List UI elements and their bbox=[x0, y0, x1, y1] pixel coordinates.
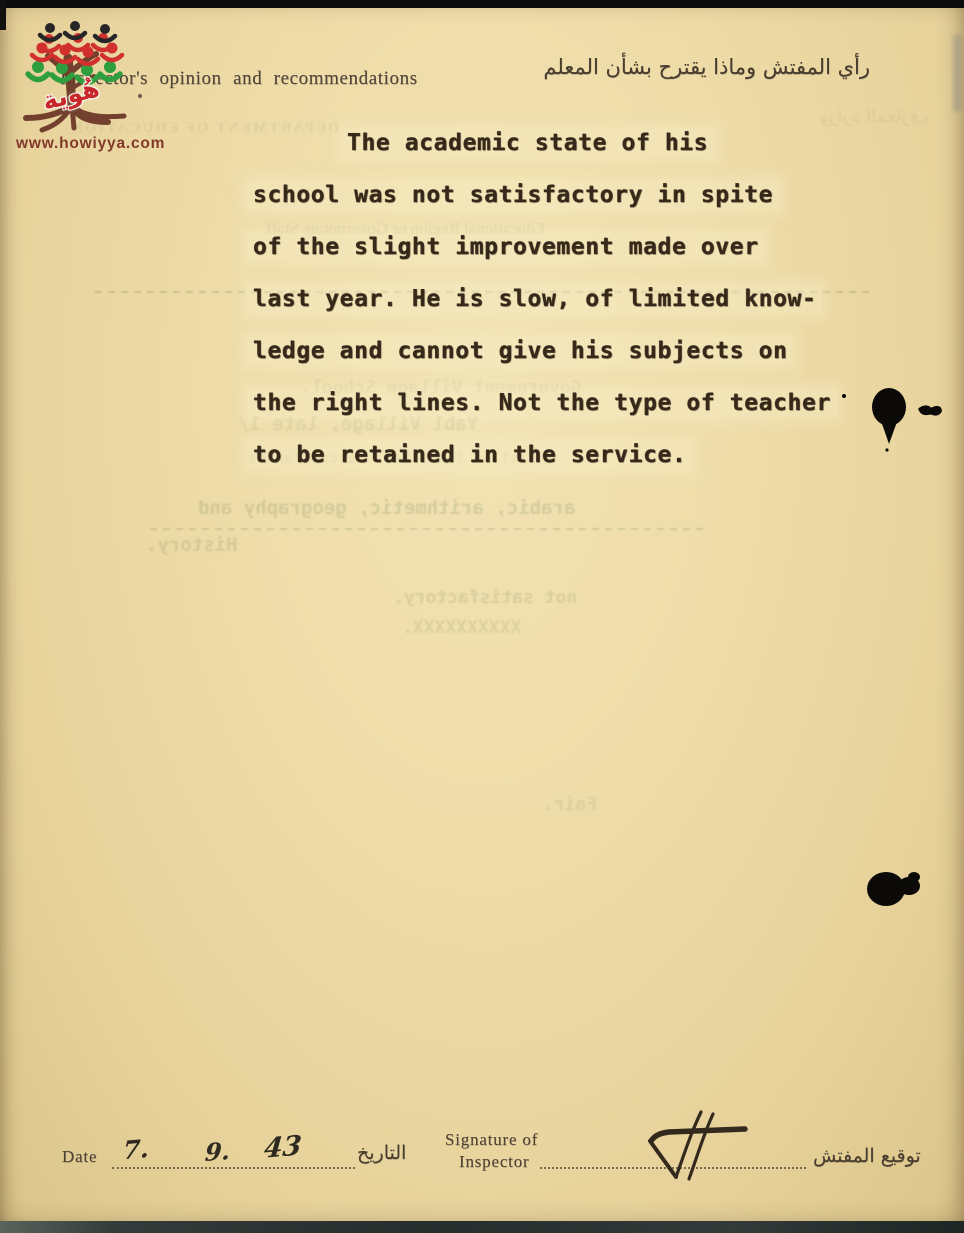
handwritten-date-year: 43 bbox=[263, 1132, 303, 1163]
body-text-line: school was not satisfactory in spite bbox=[247, 181, 779, 210]
bleed-through-line: not satisfactory. bbox=[393, 587, 577, 608]
bleed-through-line: History. bbox=[146, 534, 238, 556]
bleed-through-line: وزارة المعارف bbox=[820, 106, 929, 127]
signature-label-arabic: توقيع المفتش bbox=[813, 1145, 921, 1167]
date-dotted-line bbox=[112, 1164, 355, 1169]
date-label-arabic: التاريخ bbox=[357, 1142, 406, 1164]
ink-blot-round bbox=[867, 872, 920, 906]
watermark-site-text: www.howiyya.com bbox=[16, 135, 165, 153]
signature-label-line2: Inspector bbox=[459, 1152, 529, 1172]
signature-label-line1: Signature of bbox=[445, 1130, 538, 1150]
body-text-line: last year. He is slow, of limited know- bbox=[247, 285, 822, 314]
body-text-line: the right lines. Not the type of teacher bbox=[247, 389, 837, 418]
date-label: Date bbox=[62, 1147, 97, 1167]
signature-dotted-line bbox=[540, 1164, 806, 1169]
bleed-through-line: Fair. bbox=[543, 794, 597, 815]
bleed-through-line: arabic, arithmetic, geography and bbox=[198, 497, 576, 519]
scan-smudge-right bbox=[953, 34, 962, 112]
body-text-line: The academic state of his bbox=[341, 129, 714, 158]
body-text-line: of the slight improvement made over bbox=[247, 233, 765, 262]
body-text-line: ledge and cannot give his subjects on bbox=[247, 337, 794, 366]
scan-edge-bottom bbox=[0, 1221, 964, 1233]
body-text-line: to be retained in the service. bbox=[247, 441, 692, 470]
bleed-through-line: DEPARTMENT OF EDUCATION bbox=[70, 120, 339, 137]
scanned-document-page: Inspector's opinion and recommendations … bbox=[0, 0, 964, 1233]
bleed-through-rule bbox=[150, 528, 706, 530]
handwritten-date-month: 9. bbox=[204, 1139, 231, 1165]
handwritten-date-day: 7. bbox=[122, 1136, 149, 1163]
bleed-through-line: XXXXXXXXXX. bbox=[402, 617, 521, 638]
ink-blot-balloon bbox=[842, 388, 943, 452]
scan-edge-corner bbox=[0, 0, 6, 30]
form-title-arabic: رأي المفتش وماذا يقترح بشأن المعلم bbox=[543, 55, 870, 79]
